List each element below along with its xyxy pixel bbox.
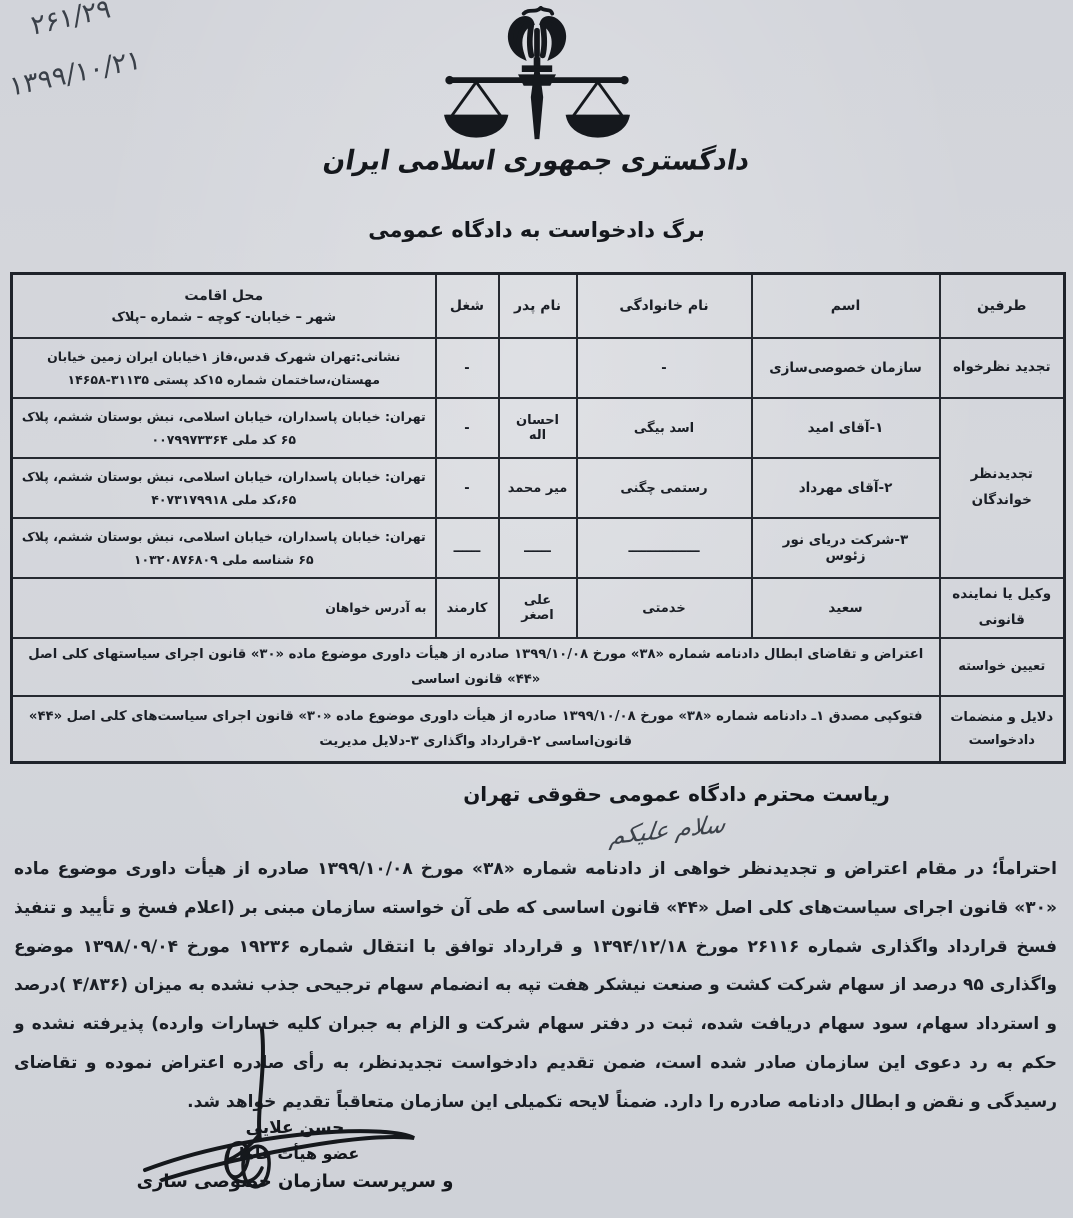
col-header-parties: طرفین [940, 274, 1065, 339]
cell-last-name: اسد بیگی [577, 398, 752, 458]
claim-value: اعتراض و تقاضای ابطال دادنامه شماره «۳۸»… [12, 638, 940, 696]
attachments-value: فتوکپی مصدق ۱ـ دادنامه شماره «۳۸» مورخ ۱… [12, 696, 940, 762]
cell-first-name: ۱-آقای امید [752, 398, 940, 458]
col-header-occupation: شغل [436, 274, 499, 339]
table-row-respondent-2: ۲-آقای مهرداد رستمی چگنی میر محمد - تهرا… [12, 458, 1065, 518]
cell-occupation: - [436, 338, 499, 398]
cell-party: تجدید نظرخواه [940, 338, 1065, 398]
cell-last-name: خدمتی [577, 578, 752, 638]
cell-last-name: ــــــــــــــــ [577, 518, 752, 578]
cell-residence: تهران: خیابان پاسداران، خیابان اسلامی، ن… [12, 458, 436, 518]
cell-party-respondents: تجدیدنظر خواندگان [940, 398, 1065, 578]
scanned-petition-page: ۲۶۱/۲۹ ۱۳۹۹/۱۰/۲۱ [0, 0, 1073, 1218]
cell-occupation: - [436, 398, 499, 458]
cell-father-name: علی اصغر [499, 578, 577, 638]
cell-residence: نشانی:تهران شهرک قدس،فاز ۱خیابان ایران ز… [12, 338, 436, 398]
petition-table: طرفین اسم نام خانوادگی نام پدر شغل محل ا… [10, 272, 1066, 764]
petition-body-text: احتراماً؛ در مقام اعتراض و تجدیدنظر خواه… [14, 850, 1057, 1121]
table-row-representative: وکیل یا نماینده قانونی سعید خدمتی علی اص… [12, 578, 1065, 638]
col-header-father-name: نام پدر [499, 274, 577, 339]
residence-header-subtitle: شهر – خیابان- کوچه – شماره –پلاک [21, 310, 427, 325]
cell-father-name: میر محمد [499, 458, 577, 518]
handwritten-greeting: سلام علیکم [608, 810, 727, 851]
cell-father-name [499, 338, 577, 398]
col-header-last-name: نام خانوادگی [577, 274, 752, 339]
cell-party: وکیل یا نماینده قانونی [940, 578, 1065, 638]
table-row-appellant: تجدید نظرخواه سازمان خصوصی‌سازی - - نشان… [12, 338, 1065, 398]
judiciary-emblem-icon [0, 6, 1073, 162]
cell-first-name: سازمان خصوصی‌سازی [752, 338, 940, 398]
signature-name: حسن علایی [130, 1118, 460, 1138]
signature-organization: و سرپرست سازمان خصوصی سازی [130, 1171, 460, 1192]
cell-residence: تهران: خیابان پاسداران، خیابان اسلامی، ن… [12, 398, 436, 458]
cell-occupation: - [436, 458, 499, 518]
claim-label: تعیین خواسته [940, 638, 1065, 696]
signature-block: حسن علایی عضو هیأت عامل و سرپرست سازمان … [130, 1118, 460, 1192]
attachments-label: دلایل و منضمات دادخواست [940, 696, 1065, 762]
residence-header-title: محل اقامت [21, 288, 427, 304]
cell-father-name: احسان اله [499, 398, 577, 458]
cell-first-name: سعید [752, 578, 940, 638]
table-row-respondent-3: ۳-شرکت دریای نور زئوس ــــــــــــــــ ـ… [12, 518, 1065, 578]
letter-salutation: ریاست محترم دادگاه عمومی حقوقی تهران [140, 782, 1073, 806]
col-header-first-name: اسم [752, 274, 940, 339]
cell-residence: تهران: خیابان پاسداران، خیابان اسلامی، ن… [12, 518, 436, 578]
cell-father-name: ــــــ [499, 518, 577, 578]
table-row-attachments: دلایل و منضمات دادخواست فتوکپی مصدق ۱ـ د… [12, 696, 1065, 762]
col-header-residence: محل اقامت شهر – خیابان- کوچه – شماره –پل… [12, 274, 436, 339]
judiciary-org-name: دادگستری جمهوری اسلامی ایران [0, 145, 1073, 177]
cell-residence: به آدرس خواهان [12, 578, 436, 638]
cell-occupation: کارمند [436, 578, 499, 638]
table-row-claim: تعیین خواسته اعتراض و تقاضای ابطال دادنا… [12, 638, 1065, 696]
cell-last-name: - [577, 338, 752, 398]
table-header-row: طرفین اسم نام خانوادگی نام پدر شغل محل ا… [12, 274, 1065, 339]
cell-last-name: رستمی چگنی [577, 458, 752, 518]
signature-role: عضو هیأت عامل [130, 1144, 460, 1163]
form-title: برگ دادخواست به دادگاه عمومی [0, 218, 1073, 242]
table-row-respondent-1: تجدیدنظر خواندگان ۱-آقای امید اسد بیگی ا… [12, 398, 1065, 458]
cell-first-name: ۳-شرکت دریای نور زئوس [752, 518, 940, 578]
cell-occupation: ــــــ [436, 518, 499, 578]
cell-first-name: ۲-آقای مهرداد [752, 458, 940, 518]
